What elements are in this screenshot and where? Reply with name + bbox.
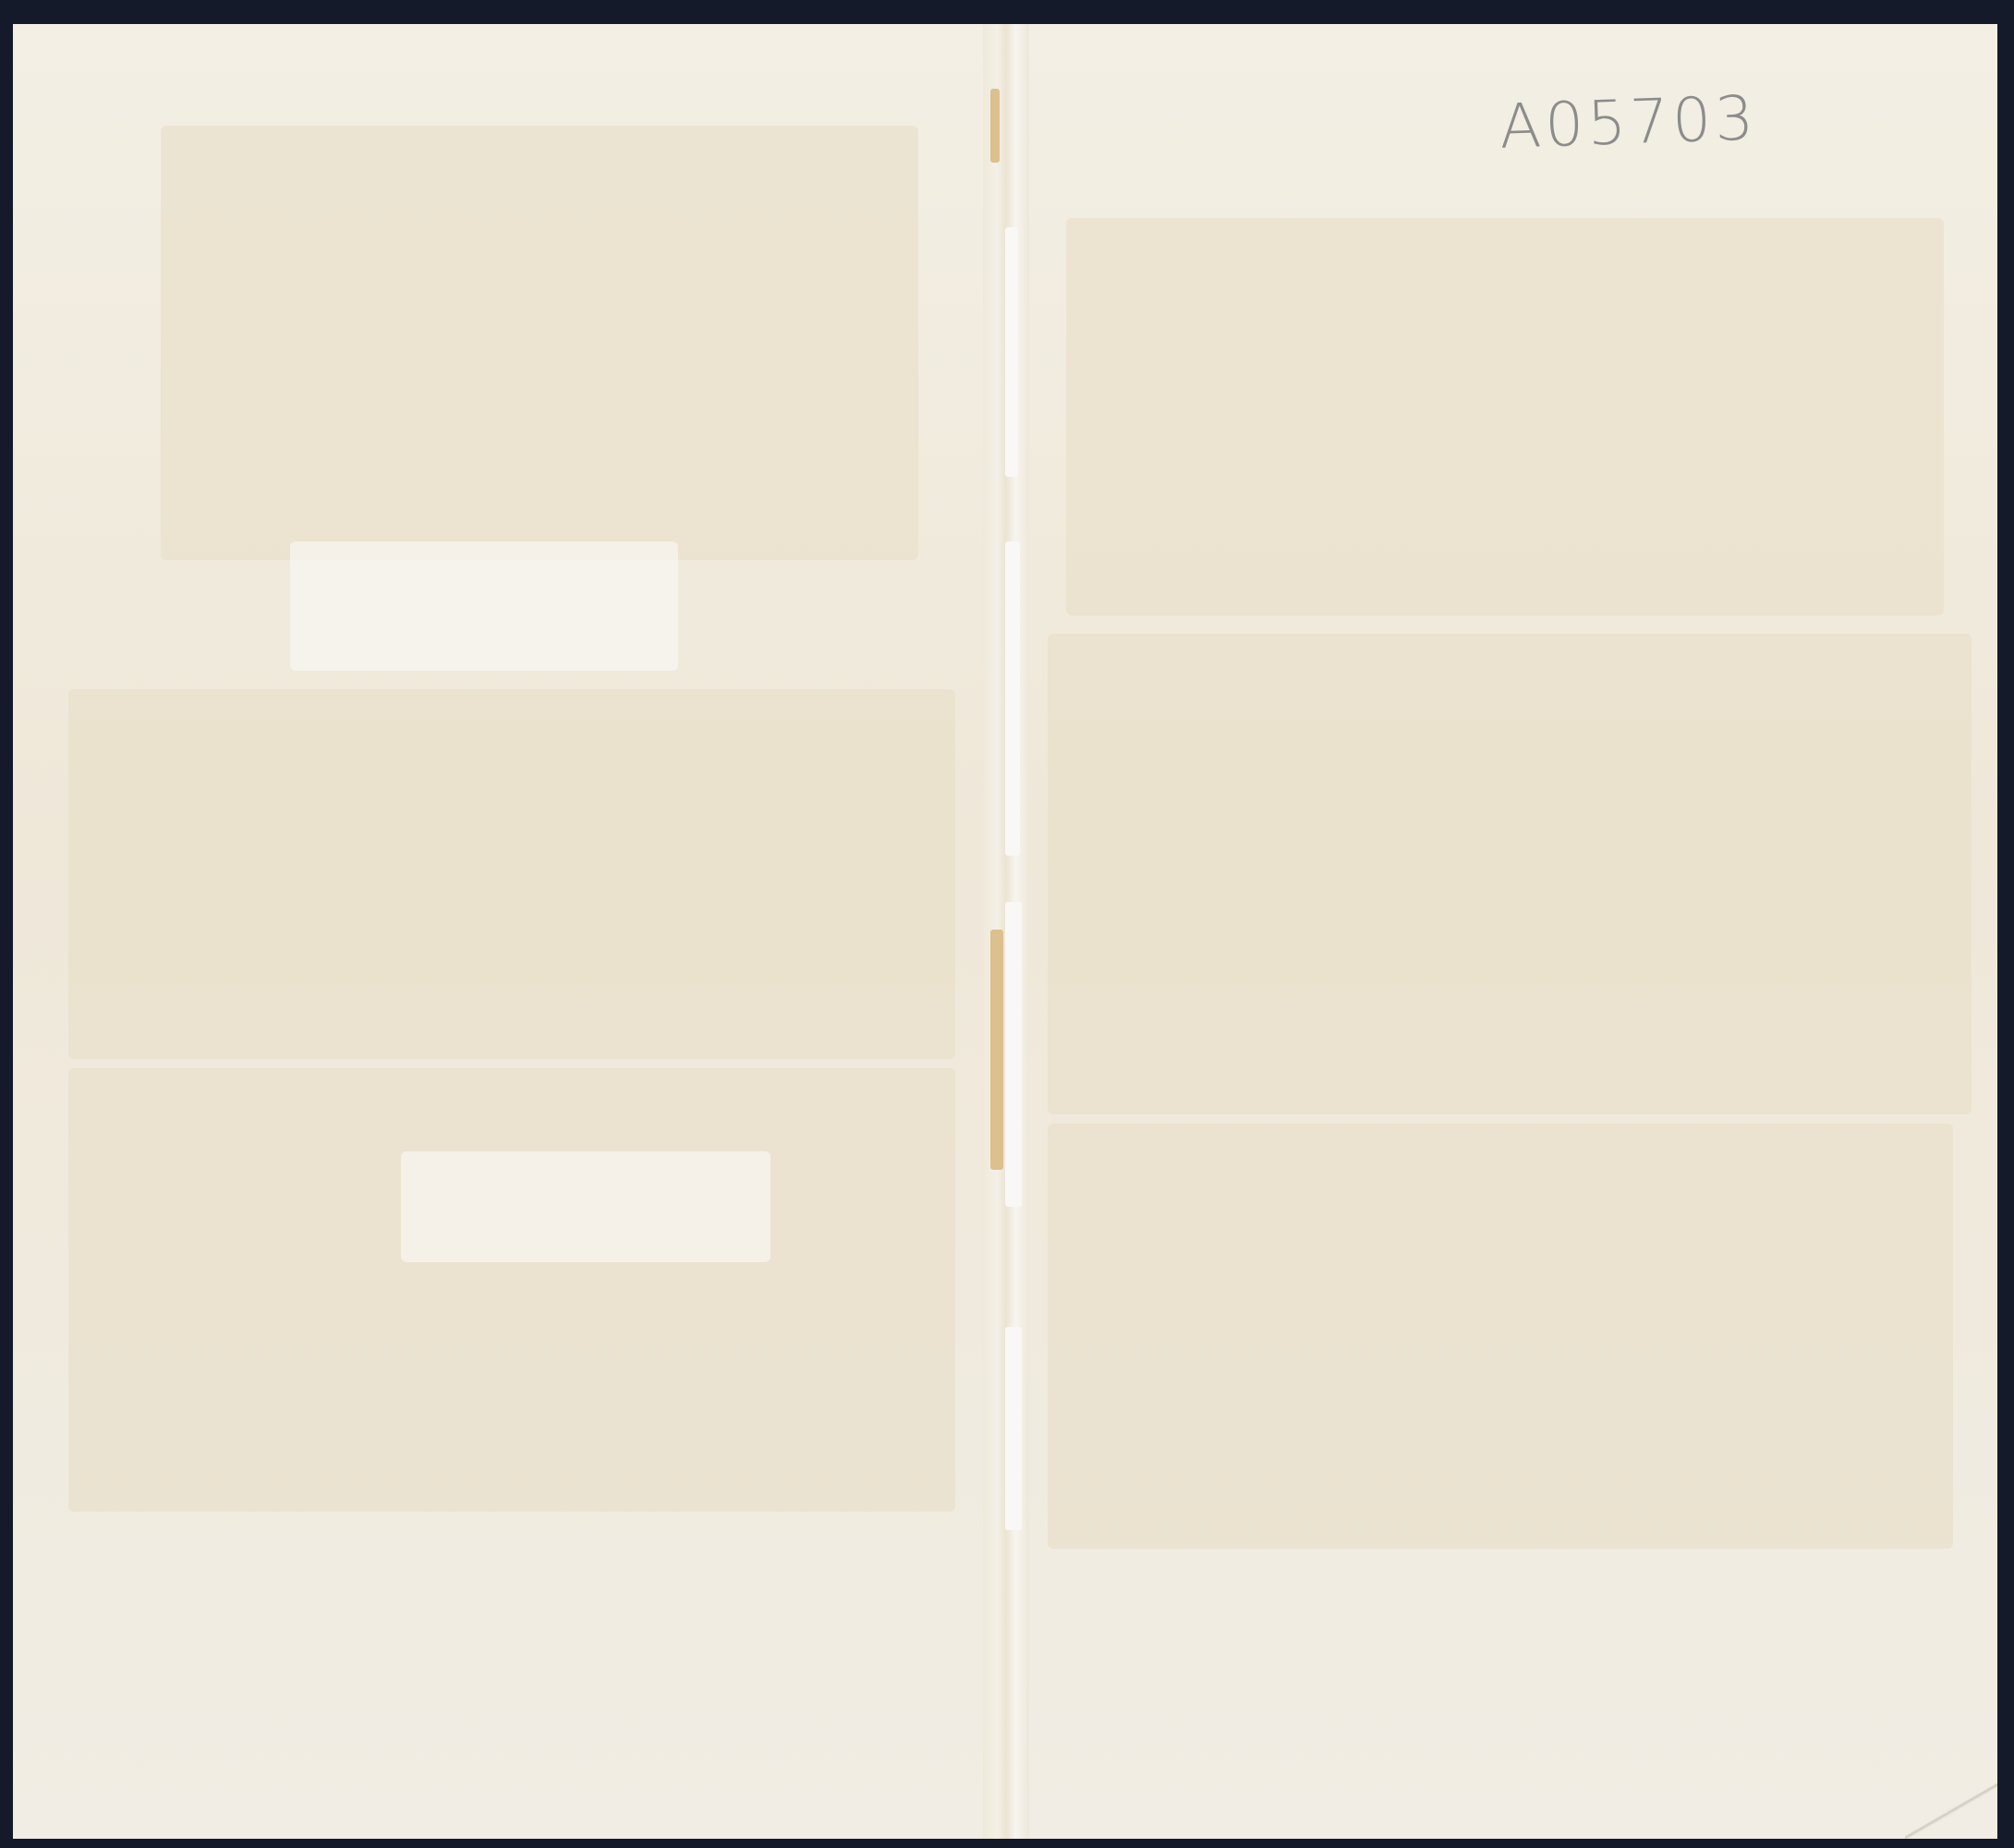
glue-residue — [990, 89, 1000, 163]
corner-crease — [1905, 1783, 1997, 1839]
right-panel — [1029, 24, 1997, 1839]
paper-stain — [1066, 218, 1944, 615]
archive-number: A05703 — [1498, 82, 1759, 163]
paper-stain — [161, 126, 918, 560]
faded-area — [290, 541, 678, 671]
faded-area — [401, 1151, 770, 1262]
left-panel — [13, 24, 983, 1839]
paper-stain — [1048, 634, 1972, 1114]
paper-stain — [68, 689, 955, 1059]
paper-stain — [1048, 1124, 1953, 1549]
torn-paper — [1005, 227, 1018, 477]
torn-paper — [1005, 541, 1020, 856]
glue-residue — [990, 930, 1003, 1170]
torn-paper — [1005, 1327, 1022, 1530]
scanned-card: A05703 — [13, 24, 1997, 1839]
card-spine-fold — [983, 24, 1029, 1839]
torn-paper — [1005, 902, 1022, 1207]
paper-stain — [68, 1068, 955, 1512]
